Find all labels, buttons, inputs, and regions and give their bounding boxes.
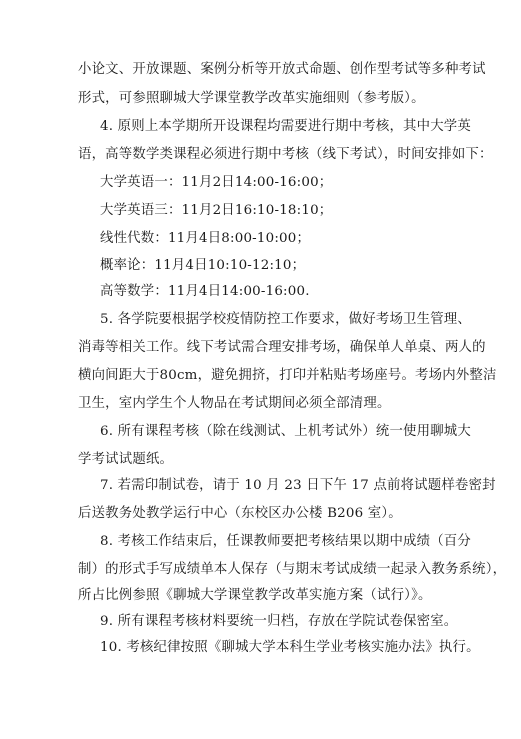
paragraph-line: 消毒等相关工作。线下考试需合理安排考场，确保单人单桌、两人的	[78, 339, 486, 357]
schedule-probability: 概率论：11月4日10:10-12:10；	[100, 257, 305, 275]
schedule-linear-algebra: 线性代数：11月4日8:00-10:00；	[100, 230, 310, 248]
paragraph-line: 学考试试题纸。	[78, 451, 173, 469]
item-10-line: 10. 考核纪律按照《聊城大学本科生学业考核实施办法》执行。	[100, 639, 480, 657]
item-5-line: 5. 各学院要根据学校疫情防控工作要求，做好考场卫生管理、	[100, 311, 471, 329]
paragraph-line: 语，高等数学类课程必须进行期中考核（线下考试），时间安排如下：	[78, 146, 493, 164]
document-page: 小论文、开放课题、案例分析等开放式命题、创作型考试等多种考试 形式，可参照聊城大…	[0, 0, 521, 739]
item-6-line: 6. 所有课程考核（除在线测试、上机考试外）统一使用聊城大	[100, 423, 471, 441]
schedule-advanced-math: 高等数学：11月4日14:00-16:00.	[100, 283, 310, 301]
schedule-english-3: 大学英语三：11月2日16:10-18:10；	[100, 202, 332, 220]
schedule-english-1: 大学英语一：11月2日14:00-16:00；	[100, 174, 332, 192]
paragraph-line: 制）的形式手写成绩单本人保存（与期末考试成绩一起录入教务系统），	[78, 561, 506, 579]
paragraph-line: 横向间距大于80cm，避免拥挤，打印并粘贴考场座号。考场内外整洁	[78, 367, 497, 385]
item-8-line: 8. 考核工作结束后，任课教师要把考核结果以期中成绩（百分	[100, 533, 471, 551]
paragraph-line: 后送教务处教学运行中心（东校区办公楼 B206 室）。	[78, 505, 402, 523]
paragraph-line: 小论文、开放课题、案例分析等开放式命题、创作型考试等多种考试	[78, 61, 486, 79]
item-7-line: 7. 若需印制试卷，请于 10 月 23 日下午 17 点前将试题样卷密封	[100, 477, 496, 495]
item-9-line: 9. 所有课程考核材料要统一归档，存放在学院试卷保密室。	[100, 613, 457, 631]
item-4-line: 4. 原则上本学期所开设课程均需要进行期中考核，其中大学英	[100, 118, 471, 136]
paragraph-line: 形式，可参照聊城大学课堂教学改革实施细则（参考版）。	[78, 90, 425, 108]
paragraph-line: 所占比例参照《聊城大学课堂教学改革实施方案（试行）》。	[78, 587, 432, 605]
paragraph-line: 卫生，室内学生个人物品在考试期间必须全部清理。	[78, 395, 391, 413]
